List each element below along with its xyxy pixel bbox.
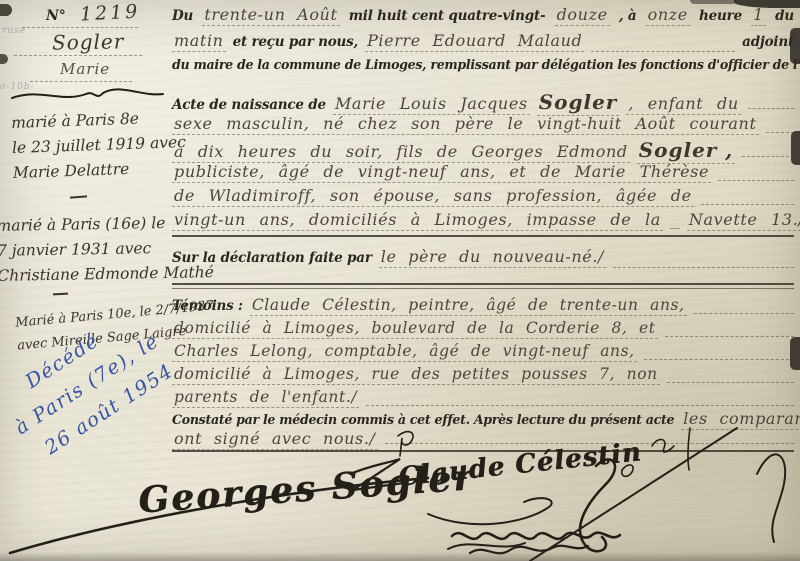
handwritten-text: sexe masculin, né chez son père le vingt… bbox=[172, 114, 759, 135]
margin-note-line: Christiane Edmonde Mathé bbox=[0, 260, 214, 289]
handwritten-text: Charles Lelong, comptable, âgé de vingt-… bbox=[172, 342, 637, 362]
dotted-rule bbox=[644, 359, 794, 360]
handwritten-text: le père du nouveau-né./ bbox=[379, 247, 606, 268]
printed-text: du maire de la commune de Limoges, rempl… bbox=[172, 57, 800, 72]
bleed-through-text: ruse bbox=[2, 26, 26, 36]
dotted-rule bbox=[748, 108, 794, 109]
form-line: sexe masculin, né chez son père le vingt… bbox=[172, 114, 794, 138]
bleed-through-text: o-10b- bbox=[0, 82, 35, 92]
handwritten-text: trente-un Août bbox=[202, 5, 339, 26]
opening-paragraph: Dutrente-un Aoûtmil huit cent quatre-vin… bbox=[172, 5, 794, 83]
scan-bottom-shadow bbox=[0, 552, 800, 561]
margin-note-marriage-1931: marié à Paris (16e) le7 janvier 1931 ave… bbox=[0, 210, 214, 289]
signature-scribble bbox=[448, 543, 525, 549]
form-line: parents de l'enfant./ bbox=[172, 388, 794, 411]
handwritten-text: Marie Louis Jacques bbox=[333, 94, 530, 115]
handwritten-text: parents de l'enfant./ bbox=[172, 388, 359, 408]
form-line: à dix heures du soir, fils de Georges Ed… bbox=[172, 138, 794, 162]
handwritten-text: Pierre Edouard Malaud bbox=[365, 31, 584, 52]
form-line: publiciste, âgé de vingt-neuf ans, et de… bbox=[172, 162, 794, 186]
scan-edge-artifact bbox=[0, 4, 12, 16]
printed-text: et reçu par nous, bbox=[233, 34, 359, 50]
temoins-paragraph: Témoins :Claude Célestin, peintre, âgé d… bbox=[172, 296, 794, 411]
printed-text: Constaté par le médecin commis à cet eff… bbox=[172, 412, 674, 427]
scan-edge-artifact bbox=[790, 337, 800, 370]
scan-edge-artifact bbox=[690, 0, 736, 4]
dotted-rule bbox=[667, 382, 794, 383]
handwritten-text: , enfant du bbox=[626, 94, 740, 115]
handwritten-text-large: Sogler , bbox=[637, 138, 736, 164]
form-line: Témoins :Claude Célestin, peintre, âgé d… bbox=[172, 296, 794, 319]
printed-text: du bbox=[775, 8, 794, 24]
printed-text: mil huit cent quatre-vingt- bbox=[349, 8, 546, 24]
acte-number-label: N° bbox=[46, 8, 66, 24]
handwritten-text: douze bbox=[555, 5, 610, 26]
handwritten-text: 1 bbox=[751, 5, 766, 26]
section-divider-rule bbox=[172, 450, 794, 452]
handwritten-text: domicilié à Limoges, boulevard de la Cor… bbox=[172, 319, 658, 339]
handwritten-text: Navette 13./ bbox=[687, 210, 800, 231]
printed-text: , à bbox=[619, 8, 637, 24]
handwritten-text: domicilié à Limoges, rue des petites pou… bbox=[172, 365, 660, 385]
constat-paragraph: Constaté par le médecin commis à cet eff… bbox=[172, 409, 794, 449]
margin-dotted-rule bbox=[30, 81, 132, 82]
section-divider-rule bbox=[172, 235, 794, 237]
dotted-rule bbox=[670, 228, 680, 229]
dotted-rule bbox=[718, 180, 794, 181]
margin-given-name: Marie bbox=[60, 60, 110, 78]
form-line: du maire de la commune de Limoges, rempl… bbox=[172, 57, 794, 83]
form-line: Constaté par le médecin commis à cet eff… bbox=[172, 409, 794, 429]
form-line: de Wladimiroff, son épouse, sans profess… bbox=[172, 186, 794, 210]
dotted-rule bbox=[701, 204, 794, 205]
handwritten-text: de Wladimiroff, son épouse, sans profess… bbox=[172, 186, 694, 207]
registry-scan-page: Dutrente-un Aoûtmil huit cent quatre-vin… bbox=[0, 0, 800, 561]
form-line: Acte de naissance deMarie Louis JacquesS… bbox=[172, 90, 794, 114]
signature-scribble bbox=[452, 533, 620, 539]
printed-text: Acte de naissance de bbox=[172, 97, 326, 113]
printed-text: adjoint bbox=[742, 34, 794, 50]
printed-text: Du bbox=[172, 8, 193, 24]
margin-dash bbox=[70, 195, 87, 198]
form-line: Charles Lelong, comptable, âgé de vingt-… bbox=[172, 342, 794, 365]
printed-text: heure bbox=[699, 8, 742, 24]
form-line: domicilié à Limoges, rue des petites pou… bbox=[172, 365, 794, 388]
dotted-rule bbox=[766, 132, 795, 133]
dotted-rule bbox=[665, 336, 794, 337]
acte-number: 1219 bbox=[79, 0, 140, 25]
margin-dotted-rule bbox=[22, 27, 138, 28]
handwritten-text: Claude Célestin, peintre, âgé de trente-… bbox=[250, 296, 687, 316]
dotted-rule bbox=[613, 267, 794, 268]
margin-note-line: marié à Paris (16e) le bbox=[0, 210, 213, 239]
margin-note-line: 7 janvier 1931 avec bbox=[0, 235, 214, 264]
dotted-rule bbox=[694, 313, 794, 314]
scan-edge-artifact bbox=[791, 131, 800, 165]
form-line: Sur la déclaration faite parle père du n… bbox=[172, 247, 794, 273]
dotted-rule bbox=[742, 156, 794, 157]
section-divider-rule bbox=[172, 288, 794, 289]
declaration-line: Sur la déclaration faite parle père du n… bbox=[172, 247, 794, 273]
handwritten-text-large: Sogler bbox=[537, 90, 620, 116]
margin-dash bbox=[53, 293, 68, 296]
scan-edge-artifact bbox=[790, 28, 800, 64]
dotted-rule bbox=[591, 51, 735, 52]
handwritten-text: ont signé avec nous./ bbox=[172, 429, 378, 450]
acte-de-naissance-paragraph: Acte de naissance deMarie Louis JacquesS… bbox=[172, 90, 794, 234]
form-line: ont signé avec nous./ bbox=[172, 429, 794, 449]
handwritten-text: onze bbox=[646, 5, 690, 26]
margin-dotted-rule bbox=[14, 55, 142, 56]
form-line: domicilié à Limoges, boulevard de la Cor… bbox=[172, 319, 794, 342]
handwritten-text: à dix heures du soir, fils de Georges Ed… bbox=[172, 142, 630, 163]
form-line: matinet reçu par nous,Pierre Edouard Mal… bbox=[172, 31, 794, 57]
right-edge-flourish bbox=[757, 454, 785, 542]
handwritten-text: vingt-un ans, domiciliés à Limoges, impa… bbox=[172, 210, 663, 231]
section-divider-rule bbox=[172, 283, 794, 285]
handwritten-text: publiciste, âgé de vingt-neuf ans, et de… bbox=[172, 162, 711, 183]
form-line: Dutrente-un Aoûtmil huit cent quatre-vin… bbox=[172, 5, 794, 31]
margin-note-marriage-1919: marié à Paris 8ele 23 juillet 1919 avecM… bbox=[11, 105, 187, 186]
margin-note-line: Marie Delattre bbox=[12, 155, 187, 186]
dotted-rule bbox=[366, 405, 794, 406]
form-line: vingt-un ans, domiciliés à Limoges, impa… bbox=[172, 210, 794, 234]
signature-loop-flourish bbox=[428, 498, 552, 524]
margin-surname: Sogler bbox=[52, 29, 125, 54]
margin-column: N° 1219 Sogler Marie marié à Paris 8ele … bbox=[0, 0, 170, 561]
handwritten-text: les comparants bbox=[681, 409, 800, 430]
handwritten-text: matin bbox=[172, 31, 226, 52]
